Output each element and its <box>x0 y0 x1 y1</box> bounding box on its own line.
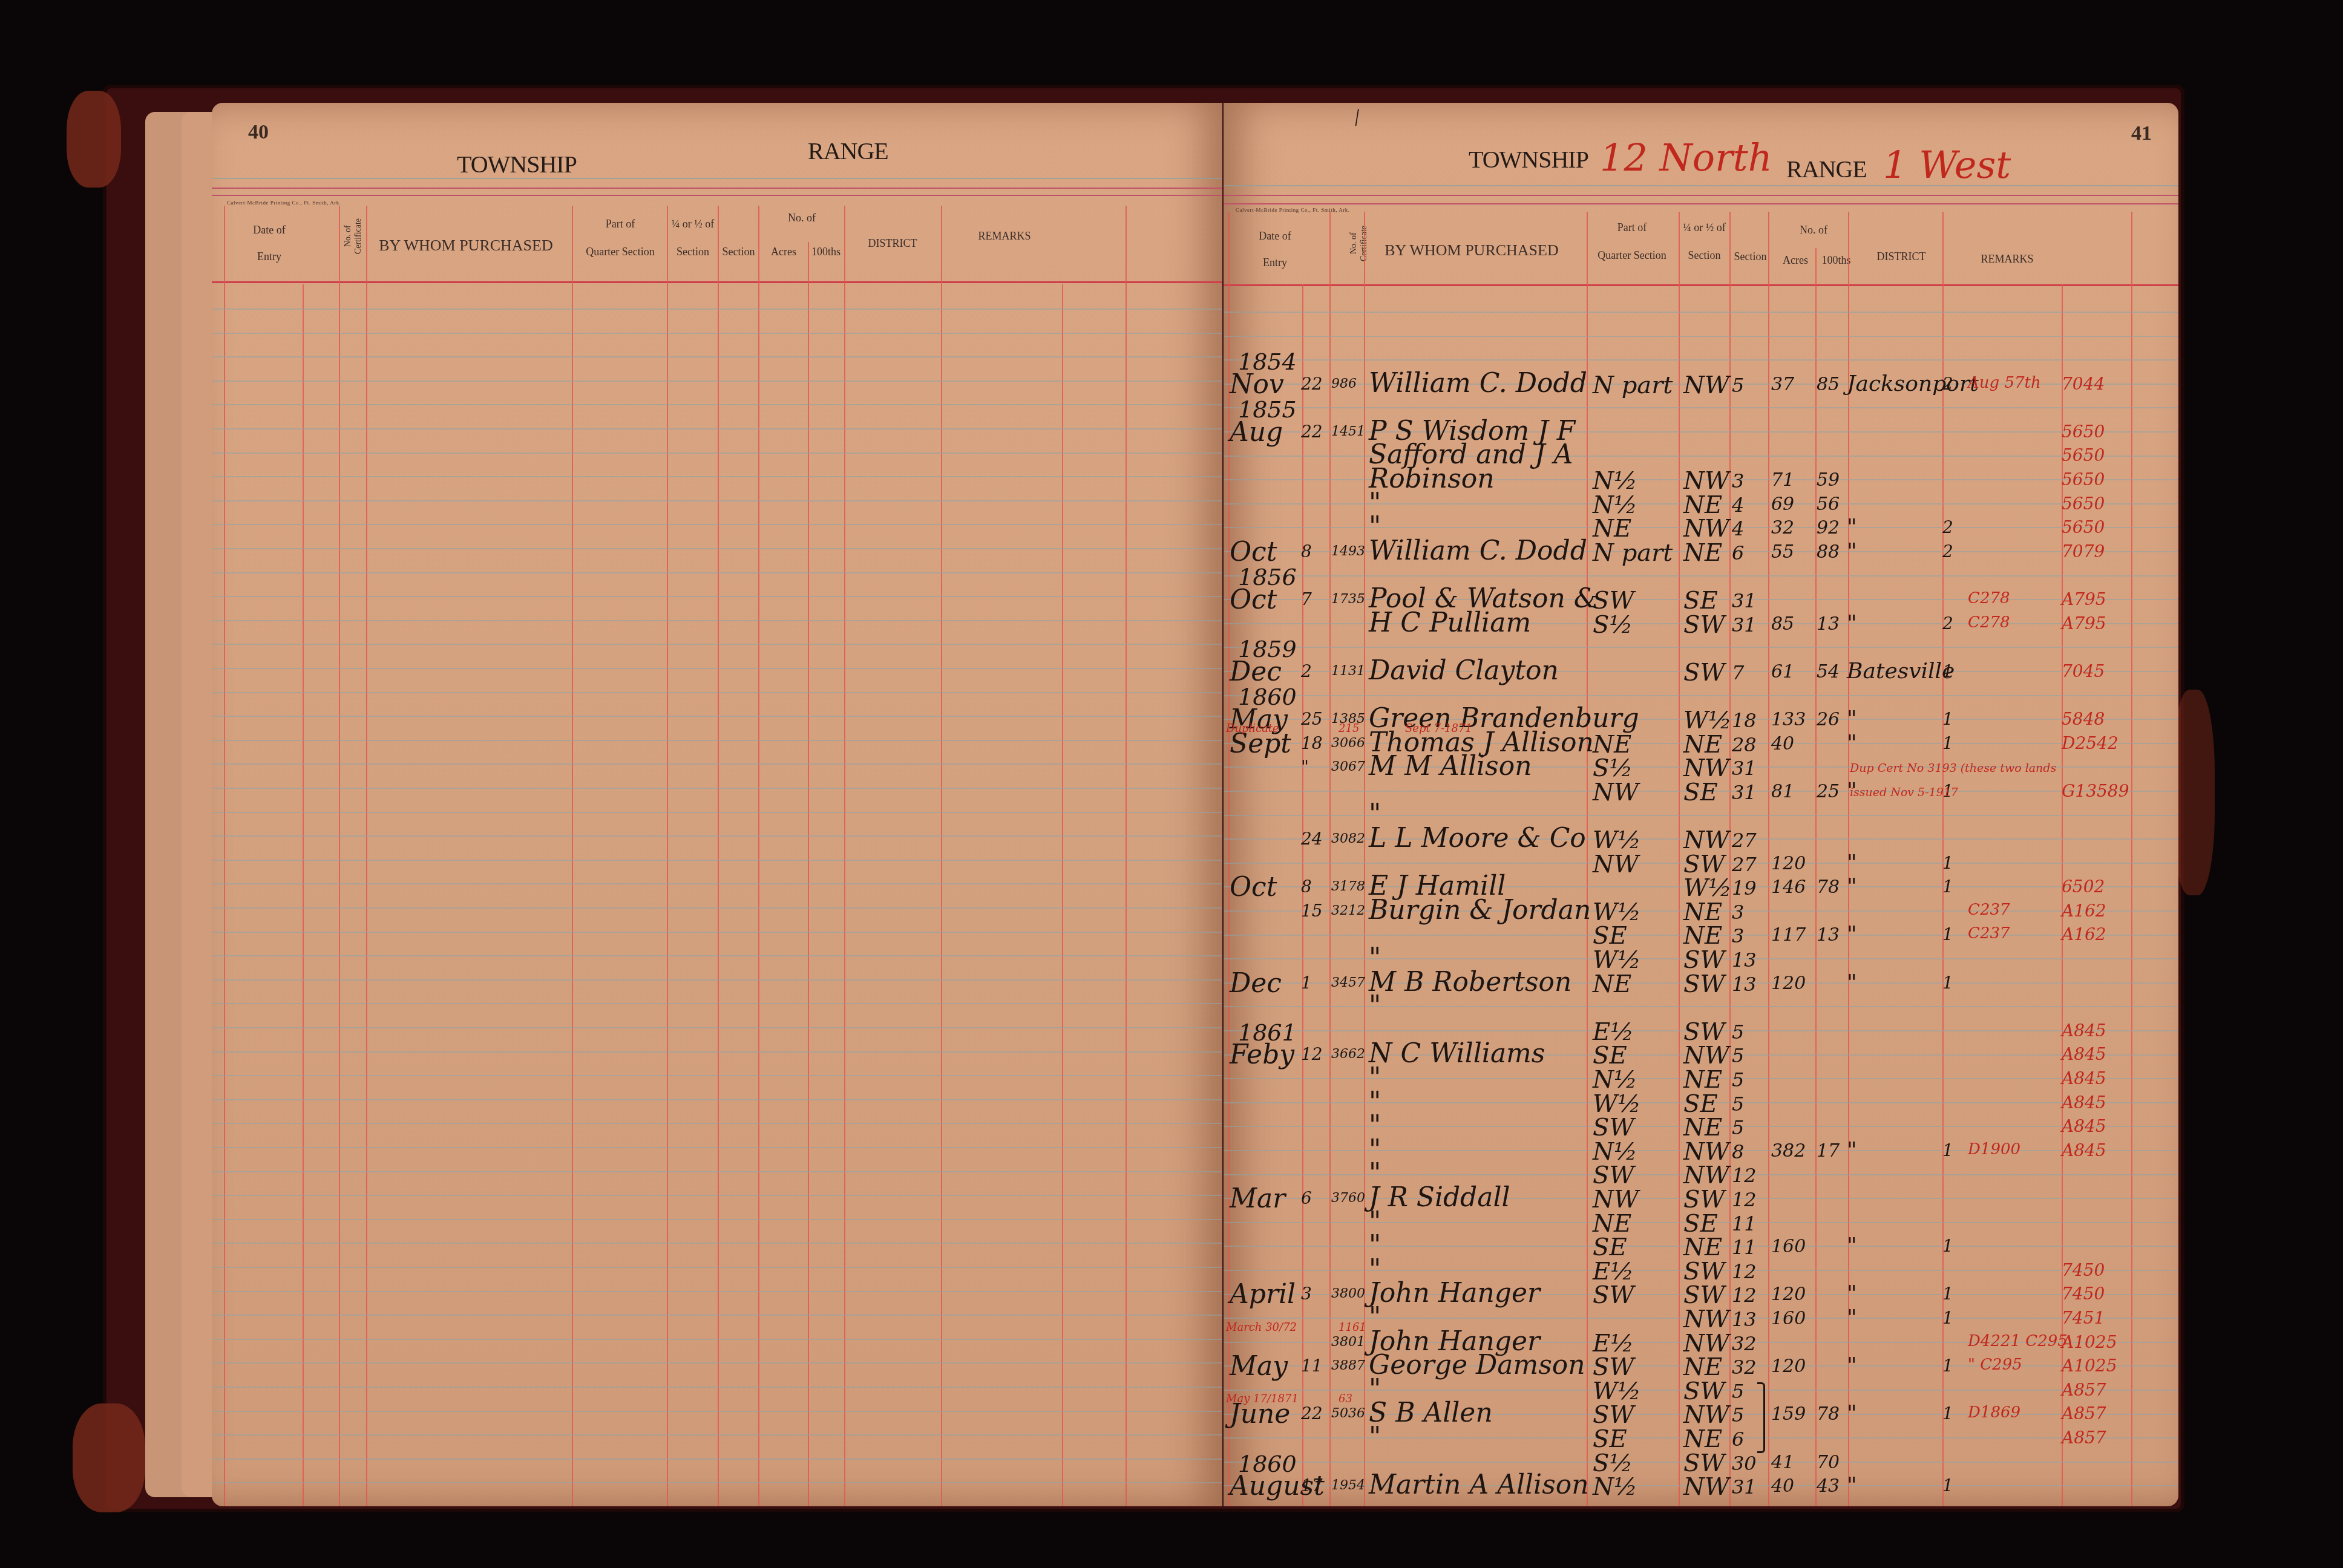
entry-quarter-section: NW <box>1683 371 1729 399</box>
column-rule <box>758 206 759 1506</box>
ruled-line <box>1224 336 2178 337</box>
ruled-line <box>212 548 1222 549</box>
ruled-line <box>212 333 1222 334</box>
entry-section: 5 <box>1732 1093 1744 1116</box>
entry-hundredths: 43 <box>1817 1475 1840 1497</box>
entry-section: 27 <box>1732 853 1757 876</box>
ruled-line <box>212 1482 1222 1483</box>
entry-remark: 2 <box>1942 517 1953 537</box>
entry-purchaser: N C Williams <box>1369 1038 1545 1069</box>
entry-red-reference: A162 <box>2062 924 2106 944</box>
entry-quarter-section: SW <box>1683 970 1725 998</box>
entry-section: 6 <box>1732 541 1744 564</box>
entry-remark: 1 <box>1942 709 1953 729</box>
col-section: Section <box>719 246 758 259</box>
entry-purchaser: H C Pulliam <box>1369 607 1531 638</box>
ruled-line <box>212 1459 1222 1460</box>
ruled-line <box>212 476 1222 477</box>
col-date-of-entry: Date of Entry <box>236 224 303 263</box>
entry-purchaser: M M Allison <box>1369 751 1532 782</box>
entry-red-reference: A162 <box>2062 901 2106 921</box>
township-value: 12 North <box>1600 136 1772 180</box>
entry-quarter-section: SW <box>1683 611 1725 639</box>
frayed-corner <box>73 1403 145 1512</box>
entry-district: " <box>1847 515 1857 540</box>
ruled-line <box>212 979 1222 981</box>
entry-month: May <box>1230 1351 1288 1382</box>
ruled-line <box>212 381 1222 382</box>
ruled-line <box>212 1339 1222 1340</box>
ruled-line <box>212 1291 1222 1292</box>
ruled-line <box>212 1027 1222 1028</box>
column-rule <box>366 206 367 1506</box>
entry-section: 32 <box>1732 1356 1757 1379</box>
entry-red-reference: A845 <box>2062 1021 2106 1040</box>
entry-section: 13 <box>1732 1308 1757 1331</box>
range-value: 1 West <box>1883 143 2011 187</box>
entry-red-reference: 5650 <box>2062 469 2105 489</box>
entry-certificate-number: 1493 <box>1331 544 1365 559</box>
entry-hundredths: 85 <box>1817 374 1840 395</box>
entry-section: 30 <box>1732 1452 1757 1475</box>
entry-red-reference: A845 <box>2062 1093 2106 1112</box>
table-row: 1854 <box>1224 350 2178 374</box>
ruled-line <box>212 620 1222 621</box>
table-row: Oct83178E J HamillW½1914678"16502 <box>1224 877 2178 901</box>
entry-remark: 1 <box>1942 661 1953 681</box>
entry-red-reference: 7079 <box>2062 541 2105 561</box>
col-date-line1: Date of <box>236 224 303 237</box>
entry-certificate-number: 1735 <box>1331 592 1365 607</box>
printer-imprint: Calvert-McBride Printing Co., Ft. Smith,… <box>1236 207 1350 213</box>
entry-quarter-section: NW <box>1683 1473 1729 1501</box>
entry-remark: 1 <box>1942 853 1953 873</box>
entry-red-annotation: C237 <box>1968 924 2010 942</box>
entry-section: 12 <box>1732 1284 1757 1307</box>
entry-red-annotation: D1900 <box>1968 1140 2020 1158</box>
entry-month: Dec <box>1230 656 1282 687</box>
entry-certificate-number: 3066 <box>1331 736 1365 751</box>
entry-purchaser: John Hanger <box>1369 1278 1540 1308</box>
ruled-line <box>212 1243 1222 1244</box>
entry-section: 31 <box>1732 1475 1757 1498</box>
entry-certificate-number: 3801 <box>1331 1334 1365 1350</box>
entry-section: 5 <box>1732 1044 1744 1067</box>
entry-red-reference: 7450 <box>2062 1284 2105 1304</box>
entry-red-certificate-annotation: 215 <box>1339 722 1359 735</box>
entry-part-of-quarter: NE <box>1593 970 1631 998</box>
entry-month: Nov <box>1230 369 1284 400</box>
table-row: 1860 <box>1224 685 2178 709</box>
entry-purchaser: " <box>1369 1422 1381 1452</box>
entry-acres: 40 <box>1771 733 1794 754</box>
ruled-line <box>212 1171 1222 1172</box>
entry-hundredths: 59 <box>1817 469 1840 491</box>
entry-hundredths: 13 <box>1817 613 1840 635</box>
entry-day: " <box>1301 757 1309 777</box>
table-row: 1855 <box>1224 397 2178 422</box>
entry-remark: 1 <box>1942 1284 1953 1304</box>
table-row: Oct71735Pool & Watson &SWSE31C278A795 <box>1224 589 2178 613</box>
entry-acres: 146 <box>1771 877 1806 898</box>
entry-hundredths: 92 <box>1817 517 1840 538</box>
column-rule <box>1126 206 1127 1506</box>
entry-red-reference: 5650 <box>2062 422 2105 442</box>
ruled-line <box>212 1434 1222 1436</box>
col-acres: Acres <box>1771 254 1820 267</box>
table-row: August171954Martin A AllisonN½NW314043"1 <box>1224 1475 2178 1500</box>
ruled-line <box>212 1147 1222 1148</box>
entry-red-certificate-annotation: 63 <box>1339 1393 1352 1405</box>
entry-district: " <box>1847 539 1857 564</box>
table-row: "NESE11 <box>1224 1212 2178 1236</box>
column-rule <box>941 206 942 1506</box>
ruled-line <box>212 788 1222 789</box>
entry-quarter-section: SE <box>1683 779 1718 806</box>
entry-hundredths: 70 <box>1817 1452 1840 1473</box>
entry-acres: 69 <box>1771 494 1794 515</box>
entry-remark: 2 <box>1942 613 1953 633</box>
entry-section: 5 <box>1732 1068 1744 1091</box>
entry-hundredths: 25 <box>1817 781 1840 802</box>
entry-day: 15 <box>1301 901 1323 921</box>
entry-certificate-number: 3178 <box>1331 879 1365 894</box>
header-rule <box>212 195 1222 196</box>
entry-red-reference: 7450 <box>2062 1260 2105 1280</box>
entry-acres: 41 <box>1771 1452 1794 1473</box>
entry-month: April <box>1230 1279 1296 1310</box>
entry-month: Oct <box>1230 537 1277 567</box>
col-date-of-entry: Date of Entry <box>1242 230 1308 269</box>
table-row: H C PulliamS½SW318513"2C278A795 <box>1224 613 2178 638</box>
entry-red-annotation: D4221 C295 <box>1968 1332 2068 1350</box>
entry-section: 3 <box>1732 469 1744 492</box>
entry-red-reference: A845 <box>2062 1068 2106 1088</box>
ruled-line <box>212 1315 1222 1316</box>
entry-section: 5 <box>1732 1403 1744 1426</box>
entry-acres: 85 <box>1771 613 1794 635</box>
entry-section: 18 <box>1732 709 1757 732</box>
entry-section: 5 <box>1732 1380 1744 1403</box>
entry-day: 8 <box>1301 877 1312 897</box>
check-mark: / <box>1351 103 1363 132</box>
entry-section: 19 <box>1732 877 1757 900</box>
entry-district: " <box>1847 1281 1857 1306</box>
entry-section: 13 <box>1732 949 1757 972</box>
table-row: 153212Burgin & JordanW½NE3C237A162 <box>1224 901 2178 925</box>
entry-day: 7 <box>1301 589 1312 609</box>
table-row: "SWNW12 <box>1224 1164 2178 1188</box>
entry-section: 31 <box>1732 613 1757 636</box>
entry-section: 3 <box>1732 924 1744 947</box>
entry-certificate-number: 3457 <box>1331 975 1365 990</box>
entry-remark: 1 <box>1942 1140 1953 1160</box>
table-row: 1859 <box>1224 637 2178 661</box>
entry-day: 11 <box>1301 1356 1323 1376</box>
table-row: "W½SW5A857 <box>1224 1380 2178 1404</box>
entry-red-reference: 5650 <box>2062 517 2105 537</box>
entry-red-reference: A845 <box>2062 1044 2106 1064</box>
col-purchaser: BY WHOM PURCHASED <box>366 236 566 255</box>
table-row: 3801John HangerE½NW32D4221 C295A1025Marc… <box>1224 1332 2178 1356</box>
header-rule <box>1224 185 2178 186</box>
entry-red-annotation: C278 <box>1968 613 2010 632</box>
entry-red-annotation: " C295 <box>1968 1356 2022 1374</box>
table-row: "NW13160"17451 <box>1224 1308 2178 1332</box>
entry-section: 4 <box>1732 494 1744 517</box>
printer-imprint: Calvert-McBride Printing Co., Ft. Smith,… <box>227 200 341 206</box>
entry-day: 25 <box>1301 709 1323 729</box>
table-row: Dec13457M B RobertsonNESW13120"1 <box>1224 973 2178 997</box>
entry-month: Dec <box>1230 968 1282 999</box>
col-part-line2: Quarter Section <box>575 246 666 259</box>
entry-hundredths: 56 <box>1817 494 1840 515</box>
entry-certificate-number: 3760 <box>1331 1191 1365 1206</box>
entry-section: 7 <box>1732 661 1744 684</box>
entry-red-reference: 7045 <box>2062 661 2105 681</box>
col-no-of: No. of <box>759 212 844 225</box>
entry-day: 17 <box>1301 1475 1323 1495</box>
ruled-line <box>212 1195 1222 1196</box>
entry-remark: 1 <box>1942 1236 1953 1256</box>
entry-purchaser: Martin A Allison <box>1369 1469 1589 1500</box>
entry-certificate-number: 3887 <box>1331 1358 1365 1373</box>
col-quarter-line1: ¼ or ½ of <box>669 218 717 231</box>
col-acres: Acres <box>759 246 808 259</box>
entry-district: Batesville <box>1847 659 1955 684</box>
col-quarter-half: ¼ or ½ of Section <box>669 218 717 258</box>
ruled-line <box>212 1075 1222 1076</box>
col-quarter-line2: Section <box>669 246 717 259</box>
entry-day: 24 <box>1301 829 1323 849</box>
col-quarter-half: ¼ or ½ of Section <box>1679 221 1730 262</box>
entry-red-reference: 5650 <box>2062 445 2105 465</box>
entry-section: 27 <box>1732 829 1757 852</box>
table-row: June225036S B AllenSWNW515978"1D1869A857… <box>1224 1403 2178 1428</box>
ruled-line <box>212 1267 1222 1268</box>
entry-section: 31 <box>1732 757 1757 780</box>
col-remarks: REMARKS <box>1950 253 2065 266</box>
entry-purchaser: Robinson <box>1369 463 1495 494</box>
col-section: Section <box>1731 250 1770 264</box>
table-row: Dec21131David ClaytonSW76154Batesville17… <box>1224 661 2178 685</box>
entry-day: 22 <box>1301 1403 1323 1423</box>
entry-district: " <box>1847 1138 1857 1163</box>
entry-remark: 1 <box>1942 1356 1953 1376</box>
entry-red-reference: A845 <box>2062 1140 2106 1160</box>
table-row: Feby123662N C WilliamsSENW5A845 <box>1224 1044 2178 1068</box>
ruled-line <box>212 907 1222 909</box>
entry-acres: 40 <box>1771 1475 1794 1497</box>
entry-purchaser: Burgin & Jordan <box>1369 895 1591 926</box>
entry-section: 3 <box>1732 901 1744 924</box>
entry-section: 5 <box>1732 374 1744 397</box>
table-row: "SWNE5A845 <box>1224 1116 2178 1140</box>
col-certificate: No. of Certificate <box>1349 219 1370 267</box>
entry-purchaser: " <box>1369 990 1381 1021</box>
ruled-line <box>212 1411 1222 1412</box>
entry-purchaser: L L Moore & Co <box>1369 823 1586 854</box>
table-row: 243082L L Moore & CoW½NW27 <box>1224 829 2178 853</box>
entry-red-date-annotation: March 30/72 <box>1226 1321 1297 1334</box>
entry-section: 31 <box>1732 589 1757 612</box>
entry-red-reference: D2542 <box>2062 733 2119 753</box>
entry-section: 12 <box>1732 1188 1757 1211</box>
entry-red-annotation: C237 <box>1968 901 2010 919</box>
entry-red-reference: A857 <box>2062 1403 2106 1423</box>
entry-acres: 133 <box>1771 709 1806 730</box>
entry-purchaser: S B Allen <box>1369 1397 1493 1428</box>
entry-section: 6 <box>1732 1428 1744 1451</box>
entry-acres: 120 <box>1771 973 1806 994</box>
entry-remark: 1 <box>1942 924 1953 944</box>
entry-remark: 1 <box>1942 973 1953 993</box>
col-certificate: No. of Certificate <box>344 212 364 260</box>
table-row: "NENW43292"25650 <box>1224 517 2178 541</box>
header-bottom-rule <box>1224 284 2178 286</box>
entry-certificate-number: 3662 <box>1331 1047 1365 1062</box>
ruled-line <box>212 860 1222 861</box>
column-rule <box>303 284 304 1506</box>
table-row: "W½SE5A845 <box>1224 1093 2178 1117</box>
grouping-bracket <box>1757 1382 1765 1453</box>
col-date-line2: Entry <box>236 250 303 264</box>
entry-part-of-quarter: S½ <box>1593 611 1633 639</box>
entry-section: 4 <box>1732 517 1744 540</box>
entry-red-annotation: C278 <box>1968 589 2010 607</box>
ruled-line <box>212 716 1222 717</box>
col-district: DISTRICT <box>847 237 938 250</box>
ruled-line <box>212 309 1222 310</box>
entry-acres: 37 <box>1771 374 1794 395</box>
entry-acres: 120 <box>1771 1284 1806 1305</box>
ruled-line <box>212 1387 1222 1388</box>
entry-district: " <box>1847 874 1857 899</box>
entry-section: 5 <box>1732 1021 1744 1044</box>
entry-red-annotation: Aug 57th <box>1968 374 2041 392</box>
ruled-line <box>212 1003 1222 1004</box>
entry-red-reference: A795 <box>2062 589 2106 609</box>
entry-red-date-annotation: May 17/1871 <box>1226 1393 1299 1405</box>
entry-acres: 120 <box>1771 853 1806 874</box>
table-row: SENE311713"1C237A162 <box>1224 924 2178 949</box>
page-number: 40 <box>248 121 269 144</box>
entry-section: 5 <box>1732 1116 1744 1139</box>
township-label: TOWNSHIP <box>1469 145 1588 174</box>
table-row: "3067M M AllisonS½NW31Dup Cert No 3193 (… <box>1224 757 2178 781</box>
table-row: "E½SW127450 <box>1224 1260 2178 1284</box>
col-part-line1: Part of <box>1587 221 1677 235</box>
col-purchaser: BY WHOM PURCHASED <box>1372 241 1571 260</box>
table-row: NWSW27120"1 <box>1224 853 2178 877</box>
ruled-line <box>212 763 1222 765</box>
ruled-line <box>212 1123 1222 1124</box>
entry-acres: 81 <box>1771 781 1794 802</box>
table-row: 1861E½SW5A845 <box>1224 1021 2178 1045</box>
entry-acres: 32 <box>1771 517 1794 538</box>
ruled-line <box>212 883 1222 884</box>
entry-acres: 117 <box>1771 924 1806 946</box>
entry-section: 31 <box>1732 781 1757 804</box>
column-rule <box>572 206 573 1506</box>
col-no-of: No. of <box>1771 224 1856 237</box>
entry-part-of-quarter: N part <box>1593 539 1673 567</box>
entry-certificate-number: 3082 <box>1331 831 1365 846</box>
entry-month: Oct <box>1230 872 1277 903</box>
entry-remark: 1 <box>1942 1403 1953 1423</box>
entry-acres: 160 <box>1771 1236 1806 1257</box>
entry-red-reference: G13589 <box>2062 781 2129 801</box>
table-row: "W½SW13 <box>1224 949 2178 973</box>
col-part-line2: Quarter Section <box>1587 249 1677 263</box>
entry-month: Aug <box>1230 417 1283 448</box>
entry-certificate-number: 5036 <box>1331 1406 1365 1421</box>
column-rule <box>667 206 668 1506</box>
entry-district: " <box>1847 731 1857 756</box>
entry-certificate-number: 1131 <box>1331 664 1365 679</box>
entry-red-reference: A845 <box>2062 1116 2106 1136</box>
ruled-line <box>212 835 1222 837</box>
header-rule <box>1224 195 2178 196</box>
table-row: RobinsonN½NW371595650 <box>1224 469 2178 494</box>
ruled-line <box>212 452 1222 454</box>
entry-certificate-number: 3212 <box>1331 903 1365 918</box>
entry-certificate-number: 986 <box>1331 376 1357 391</box>
ruled-line <box>212 668 1222 669</box>
entry-acres: 55 <box>1771 541 1794 563</box>
entry-district: " <box>1847 1353 1857 1378</box>
entry-district: " <box>1847 611 1857 636</box>
entry-section: 12 <box>1732 1260 1757 1283</box>
entry-remark: 1 <box>1942 877 1953 897</box>
entry-remark: 2 <box>1942 541 1953 561</box>
entry-red-reference: A857 <box>2062 1428 2106 1448</box>
entry-hundredths: 54 <box>1817 661 1840 682</box>
entry-acres: 382 <box>1771 1140 1806 1161</box>
entry-hundredths: 17 <box>1817 1140 1840 1161</box>
entry-day: 18 <box>1301 733 1323 753</box>
entry-month: Oct <box>1230 584 1277 615</box>
entry-certificate-number: 3800 <box>1331 1286 1365 1301</box>
ruled-line <box>212 356 1222 358</box>
entry-quarter-section: SW <box>1683 659 1725 687</box>
entry-acres: 160 <box>1771 1308 1806 1329</box>
table-row: Mar63760J R SiddallNWSW12 <box>1224 1188 2178 1212</box>
page-number: 41 <box>2131 122 2152 145</box>
table-row: April33800John HangerSWSW12120"17450 <box>1224 1284 2178 1308</box>
entry-day: 3 <box>1301 1284 1312 1304</box>
col-quarter-line2: Section <box>1679 249 1730 263</box>
col-part-of-quarter: Part of Quarter Section <box>575 218 666 258</box>
entry-red-reference: A795 <box>2062 613 2106 633</box>
entry-acres: 159 <box>1771 1403 1806 1425</box>
table-row: 1856 <box>1224 565 2178 589</box>
table-row: Nov22986William C. DoddN partNW53785Jack… <box>1224 374 2178 398</box>
entry-red-certificate-annotation: 1161 <box>1339 1321 1366 1334</box>
entry-red-reference: 5848 <box>2062 709 2105 729</box>
table-row: "N½NE5A845 <box>1224 1068 2178 1093</box>
entry-month: Feby <box>1230 1039 1294 1070</box>
entry-section: 28 <box>1732 733 1757 756</box>
entry-red-annotation: issued Nov 5-1917 <box>1850 786 1958 799</box>
entry-hundredths: 88 <box>1817 541 1840 563</box>
table-row: "SENE11160"1 <box>1224 1236 2178 1260</box>
table-row: Oct81493William C. DoddN partNE65588"270… <box>1224 541 2178 566</box>
range-label: RANGE <box>1786 155 1867 183</box>
entry-district: " <box>1847 1305 1857 1330</box>
table-row: Aug221451P S Wisdom J F5650 <box>1224 422 2178 446</box>
entry-district: Jacksonport <box>1847 371 1979 396</box>
